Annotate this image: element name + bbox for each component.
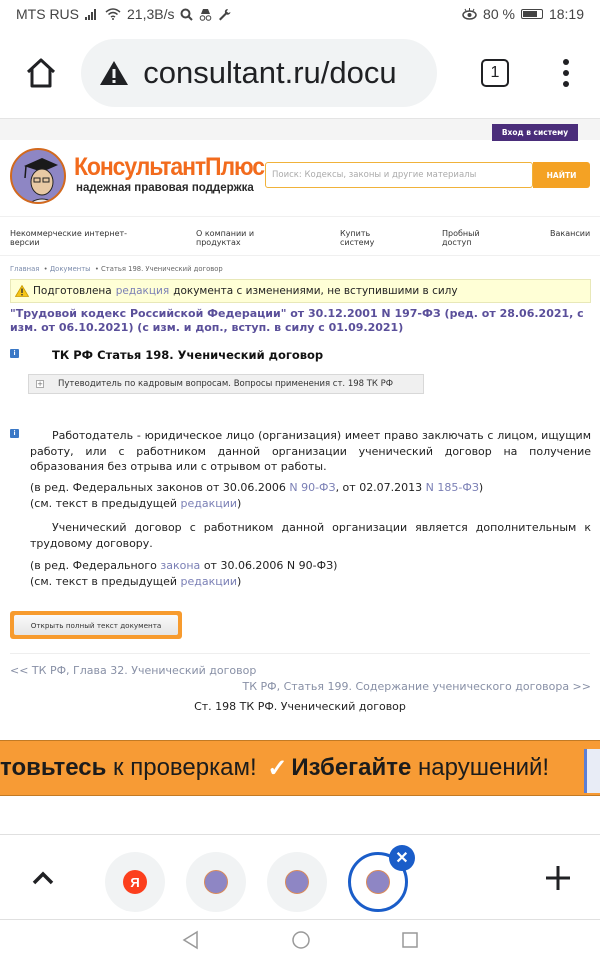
consultant-favicon-icon	[204, 870, 228, 894]
edition-note-2: (в ред. Федерального закона от 30.06.200…	[30, 558, 591, 589]
tab-consultant-active[interactable]: ✕	[348, 852, 408, 912]
professor-icon	[12, 150, 66, 204]
law-link-90fz[interactable]: N 90-ФЗ	[289, 481, 335, 494]
info-icon[interactable]: i	[10, 429, 19, 438]
guide-expander[interactable]: + Путеводитель по кадровым вопросам. Воп…	[28, 374, 424, 394]
previous-edition-link[interactable]: редакции	[181, 575, 238, 588]
prev-article-link[interactable]: << ТК РФ, Глава 32. Ученический договор	[10, 664, 256, 677]
nav-about[interactable]: О компании и продуктах	[196, 229, 266, 247]
battery-icon	[521, 9, 543, 19]
document-title[interactable]: "Трудовой кодекс Российской Федерации" о…	[10, 307, 595, 335]
edition-link[interactable]: редакция	[116, 285, 169, 297]
breadcrumb-documents[interactable]: Документы	[50, 265, 91, 273]
tab-count: 1	[481, 59, 509, 87]
site-nav: Некоммерческие интернет-версии О компани…	[0, 216, 600, 256]
nav-trial[interactable]: Пробный доступ	[442, 229, 492, 247]
paragraph-2: Ученический договор с работником данной …	[30, 520, 591, 551]
expand-tabs-button[interactable]	[28, 863, 58, 893]
consultant-favicon-icon	[366, 870, 390, 894]
plus-icon	[542, 862, 574, 894]
info-icon[interactable]: i	[10, 349, 19, 358]
edition-note-1: (в ред. Федеральных законов от 30.06.200…	[30, 480, 591, 511]
recents-icon[interactable]	[401, 931, 419, 949]
consultant-favicon-icon	[285, 870, 309, 894]
web-page: Вход в систему КонсультантПлюс надежная …	[0, 118, 600, 830]
battery-percent: 80 %	[483, 6, 515, 22]
wifi-icon	[105, 8, 121, 20]
article-title: ТК РФ Статья 198. Ученический договор	[52, 348, 323, 362]
breadcrumb: Главная • Документы • Статья 198. Ученич…	[10, 265, 223, 273]
logo-title[interactable]: КонсультантПлюс	[74, 153, 264, 182]
open-full-text-wrapper: Открыть полный текст документа	[10, 611, 182, 639]
tab-consultant[interactable]	[186, 852, 246, 912]
checkmark-icon: ✓	[267, 754, 287, 783]
tab-strip: Я ✕	[0, 834, 600, 920]
chevron-up-icon	[32, 871, 54, 885]
banner-document-image	[584, 749, 600, 793]
current-article-label: Ст. 198 ТК РФ. Ученический договор	[0, 700, 600, 713]
nav-vacancies[interactable]: Вакансии	[550, 229, 590, 238]
open-full-text-button[interactable]: Открыть полный текст документа	[14, 615, 178, 635]
next-article-link[interactable]: ТК РФ, Статья 199. Содержание ученическо…	[243, 680, 592, 693]
breadcrumb-current: Статья 198. Ученический договор	[101, 265, 223, 273]
logo-subtitle: надежная правовая поддержка	[76, 182, 254, 194]
tab-consultant[interactable]	[267, 852, 327, 912]
clock: 18:19	[549, 6, 584, 22]
nav-buy[interactable]: Купить систему	[340, 229, 380, 247]
signal-icon	[85, 8, 99, 20]
warning-icon	[99, 60, 129, 86]
search-icon	[180, 8, 193, 21]
edition-warning: Подготовлена редакция документа с измене…	[10, 279, 591, 303]
status-bar: MTS RUS 21,3B/s 80 % 18:19	[0, 0, 600, 28]
menu-dot-icon	[563, 59, 569, 65]
wrench-icon	[218, 8, 231, 21]
back-icon[interactable]	[181, 930, 201, 950]
paragraph-1: Работодатель - юридическое лицо (организ…	[30, 428, 591, 475]
expand-plus-icon: +	[36, 380, 44, 388]
incognito-icon	[199, 8, 212, 21]
previous-edition-link[interactable]: редакции	[181, 497, 238, 510]
home-icon	[24, 56, 58, 90]
law-link-185fz[interactable]: N 185-ФЗ	[426, 481, 479, 494]
overflow-menu-button[interactable]	[547, 45, 586, 101]
menu-dot-icon	[563, 81, 569, 87]
divider	[10, 653, 590, 654]
menu-dot-icon	[563, 70, 569, 76]
home-circle-icon[interactable]	[291, 930, 311, 950]
login-button[interactable]: Вход в систему	[492, 124, 578, 141]
net-speed: 21,3B/s	[127, 6, 174, 22]
address-bar[interactable]: consultant.ru/docu	[81, 39, 437, 107]
browser-toolbar: consultant.ru/docu 1	[0, 28, 600, 118]
new-tab-button[interactable]	[542, 862, 574, 894]
search-input[interactable]: Поиск: Кодексы, законы и другие материал…	[265, 162, 533, 188]
warning-triangle-icon	[15, 285, 29, 297]
nav-noncommercial[interactable]: Некоммерческие интернет-версии	[10, 229, 140, 247]
eye-comfort-icon	[462, 8, 477, 20]
tab-switcher-button[interactable]: 1	[467, 45, 522, 101]
home-button[interactable]	[14, 46, 67, 100]
system-nav-bar	[0, 920, 600, 960]
logo-mascot[interactable]	[10, 148, 66, 204]
close-tab-icon[interactable]: ✕	[389, 845, 415, 871]
yandex-favicon-icon: Я	[123, 870, 147, 894]
search-button[interactable]: НАЙТИ	[533, 162, 590, 188]
law-link[interactable]: закона	[160, 559, 200, 572]
ad-banner[interactable]: товьтесь к проверкам! ✓Избегайте нарушен…	[0, 740, 600, 796]
breadcrumb-home[interactable]: Главная	[10, 265, 39, 273]
tab-yandex[interactable]: Я	[105, 852, 165, 912]
url-text: consultant.ru/docu	[143, 55, 396, 91]
carrier: MTS RUS	[16, 6, 79, 22]
top-strip: Вход в систему	[0, 118, 600, 140]
